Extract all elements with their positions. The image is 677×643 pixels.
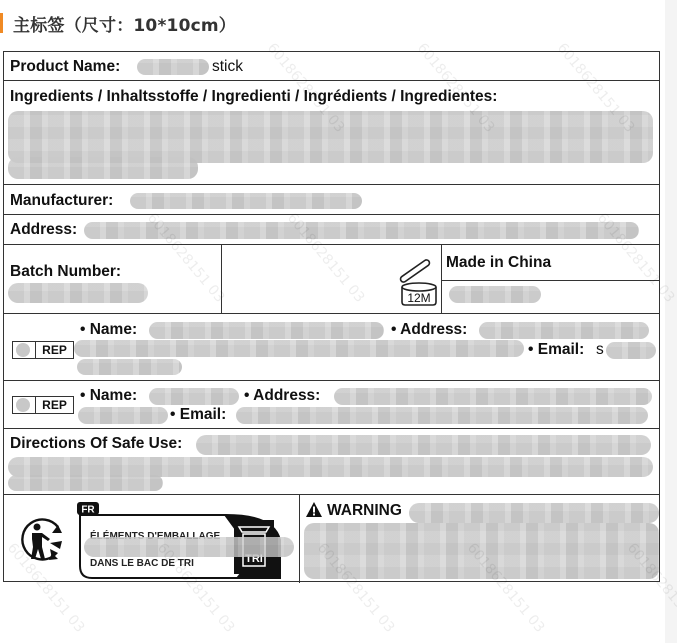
rep-email-value: s [596,341,604,359]
redacted-rep-address [479,322,649,339]
column-divider [299,495,300,583]
open-jar-icon: 12M [396,255,442,307]
redacted-rep-name [149,388,239,405]
rep-email-label: • Email: [170,406,226,424]
rep-badge: REP [12,341,74,359]
manufacturer-row: Manufacturer: [4,185,659,215]
product-name-label: Product Name: [10,58,120,76]
warning-icon [306,502,322,517]
region-flag-icon [13,342,36,358]
ingredients-label: Ingredients / Inhaltsstoffe / Ingredient… [10,88,497,106]
redacted-recycling-line [84,537,294,557]
column-divider [441,245,442,313]
ingredients-row: Ingredients / Inhaltsstoffe / Ingredient… [4,81,659,185]
redacted-manufacturer [130,193,362,209]
redacted-rep-extra [77,359,182,375]
rep-address-label: • Address: [391,321,467,339]
origin-divider [441,280,659,281]
svg-text:12M: 12M [407,291,430,305]
redacted-rep-address-cont [74,340,524,357]
rep-name-label: • Name: [80,387,137,405]
page-margin [665,0,677,643]
batch-number-label: Batch Number: [10,263,121,281]
directions-label: Directions Of Safe Use: [10,435,182,453]
redacted-directions-end [8,475,163,491]
redacted-ingredients-end [8,157,198,179]
redacted-product-name [137,59,209,75]
redacted-origin-detail [449,286,541,303]
rep-row-2: REP • Name: • Address: • Email: [4,381,659,429]
redacted-directions-cont [8,457,653,477]
address-label: Address: [10,221,77,239]
redacted-rep-email [236,407,648,424]
redacted-rep-address-cont [78,407,168,424]
redacted-directions [196,435,651,455]
heading-title: 主标签（尺寸：10*10cm） [13,11,236,36]
region-flag-icon [13,397,36,413]
made-in-label: Made in China [446,254,551,272]
rep-name-label: • Name: [80,321,137,339]
heading-accent-bar [0,13,3,33]
section-heading: 主标签（尺寸：10*10cm） [0,11,236,35]
redacted-warning [409,503,659,523]
column-divider [221,245,222,313]
redacted-rep-name [149,322,384,339]
rep-row-1: REP • Name: • Address: • Email: s [4,314,659,381]
directions-row: Directions Of Safe Use: [4,429,659,495]
svg-text:FR: FR [81,505,95,516]
address-row: Address: [4,215,659,245]
manufacturer-label: Manufacturer: [10,192,113,210]
warning-heading: WARNING [306,502,402,520]
rep-address-label: • Address: [244,387,320,405]
redacted-rep-address [334,388,652,405]
product-name-value: stick [212,58,243,76]
rep-badge: REP [12,396,74,414]
redacted-rep-email [606,342,656,359]
rep-email-label: • Email: [528,341,584,359]
redacted-batch-number [8,283,148,303]
